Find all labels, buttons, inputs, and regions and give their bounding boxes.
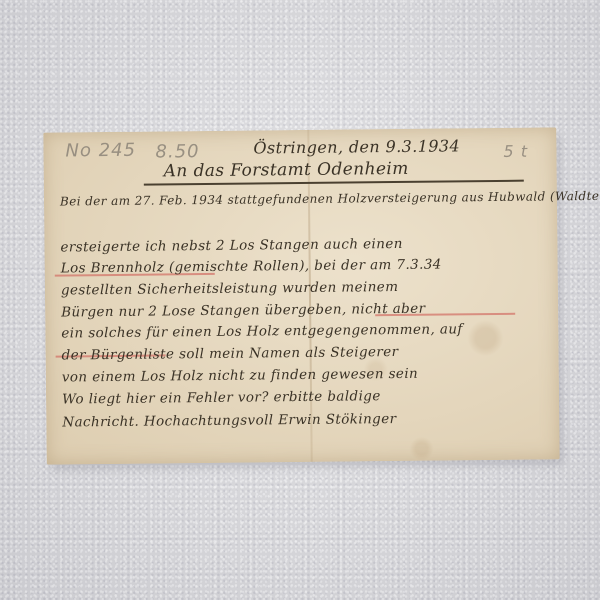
body-line: Bei der am 27. Feb. 1934 stattgefundenen… (60, 187, 600, 208)
pencil-corner-mark: 5 t (503, 142, 528, 161)
postcard: No 245 8.50 5 t Östringen, den 9.3.1934 … (43, 127, 559, 464)
pencil-number: No 245 (65, 140, 136, 162)
body-line: Los Brennholz (gemischte Rollen), bei de… (61, 257, 442, 277)
body-line: ein solches für einen Los Holz entgegeng… (61, 321, 463, 341)
body-line: Bürgen nur 2 Lose Stangen übergeben, nic… (61, 301, 425, 321)
pencil-price: 8.50 (155, 141, 199, 162)
body-line: ersteigerte ich nebst 2 Los Stangen auch… (60, 236, 402, 256)
body-line: Wo liegt hier ein Fehler vor? erbitte ba… (62, 388, 381, 407)
body-line-closing: Nachricht. Hochachtungsvoll Erwin Stökin… (62, 411, 396, 430)
body-line: gestellten Sicherheitsleistung wurden me… (61, 279, 399, 299)
body-line: der Bürgenliste soll mein Namen als Stei… (62, 344, 399, 364)
place-date: Östringen, den 9.3.1934 (253, 136, 460, 157)
body-line: von einem Los Holz nicht zu finden gewes… (62, 366, 418, 386)
recipient: An das Forstamt Odenheim (164, 159, 409, 182)
